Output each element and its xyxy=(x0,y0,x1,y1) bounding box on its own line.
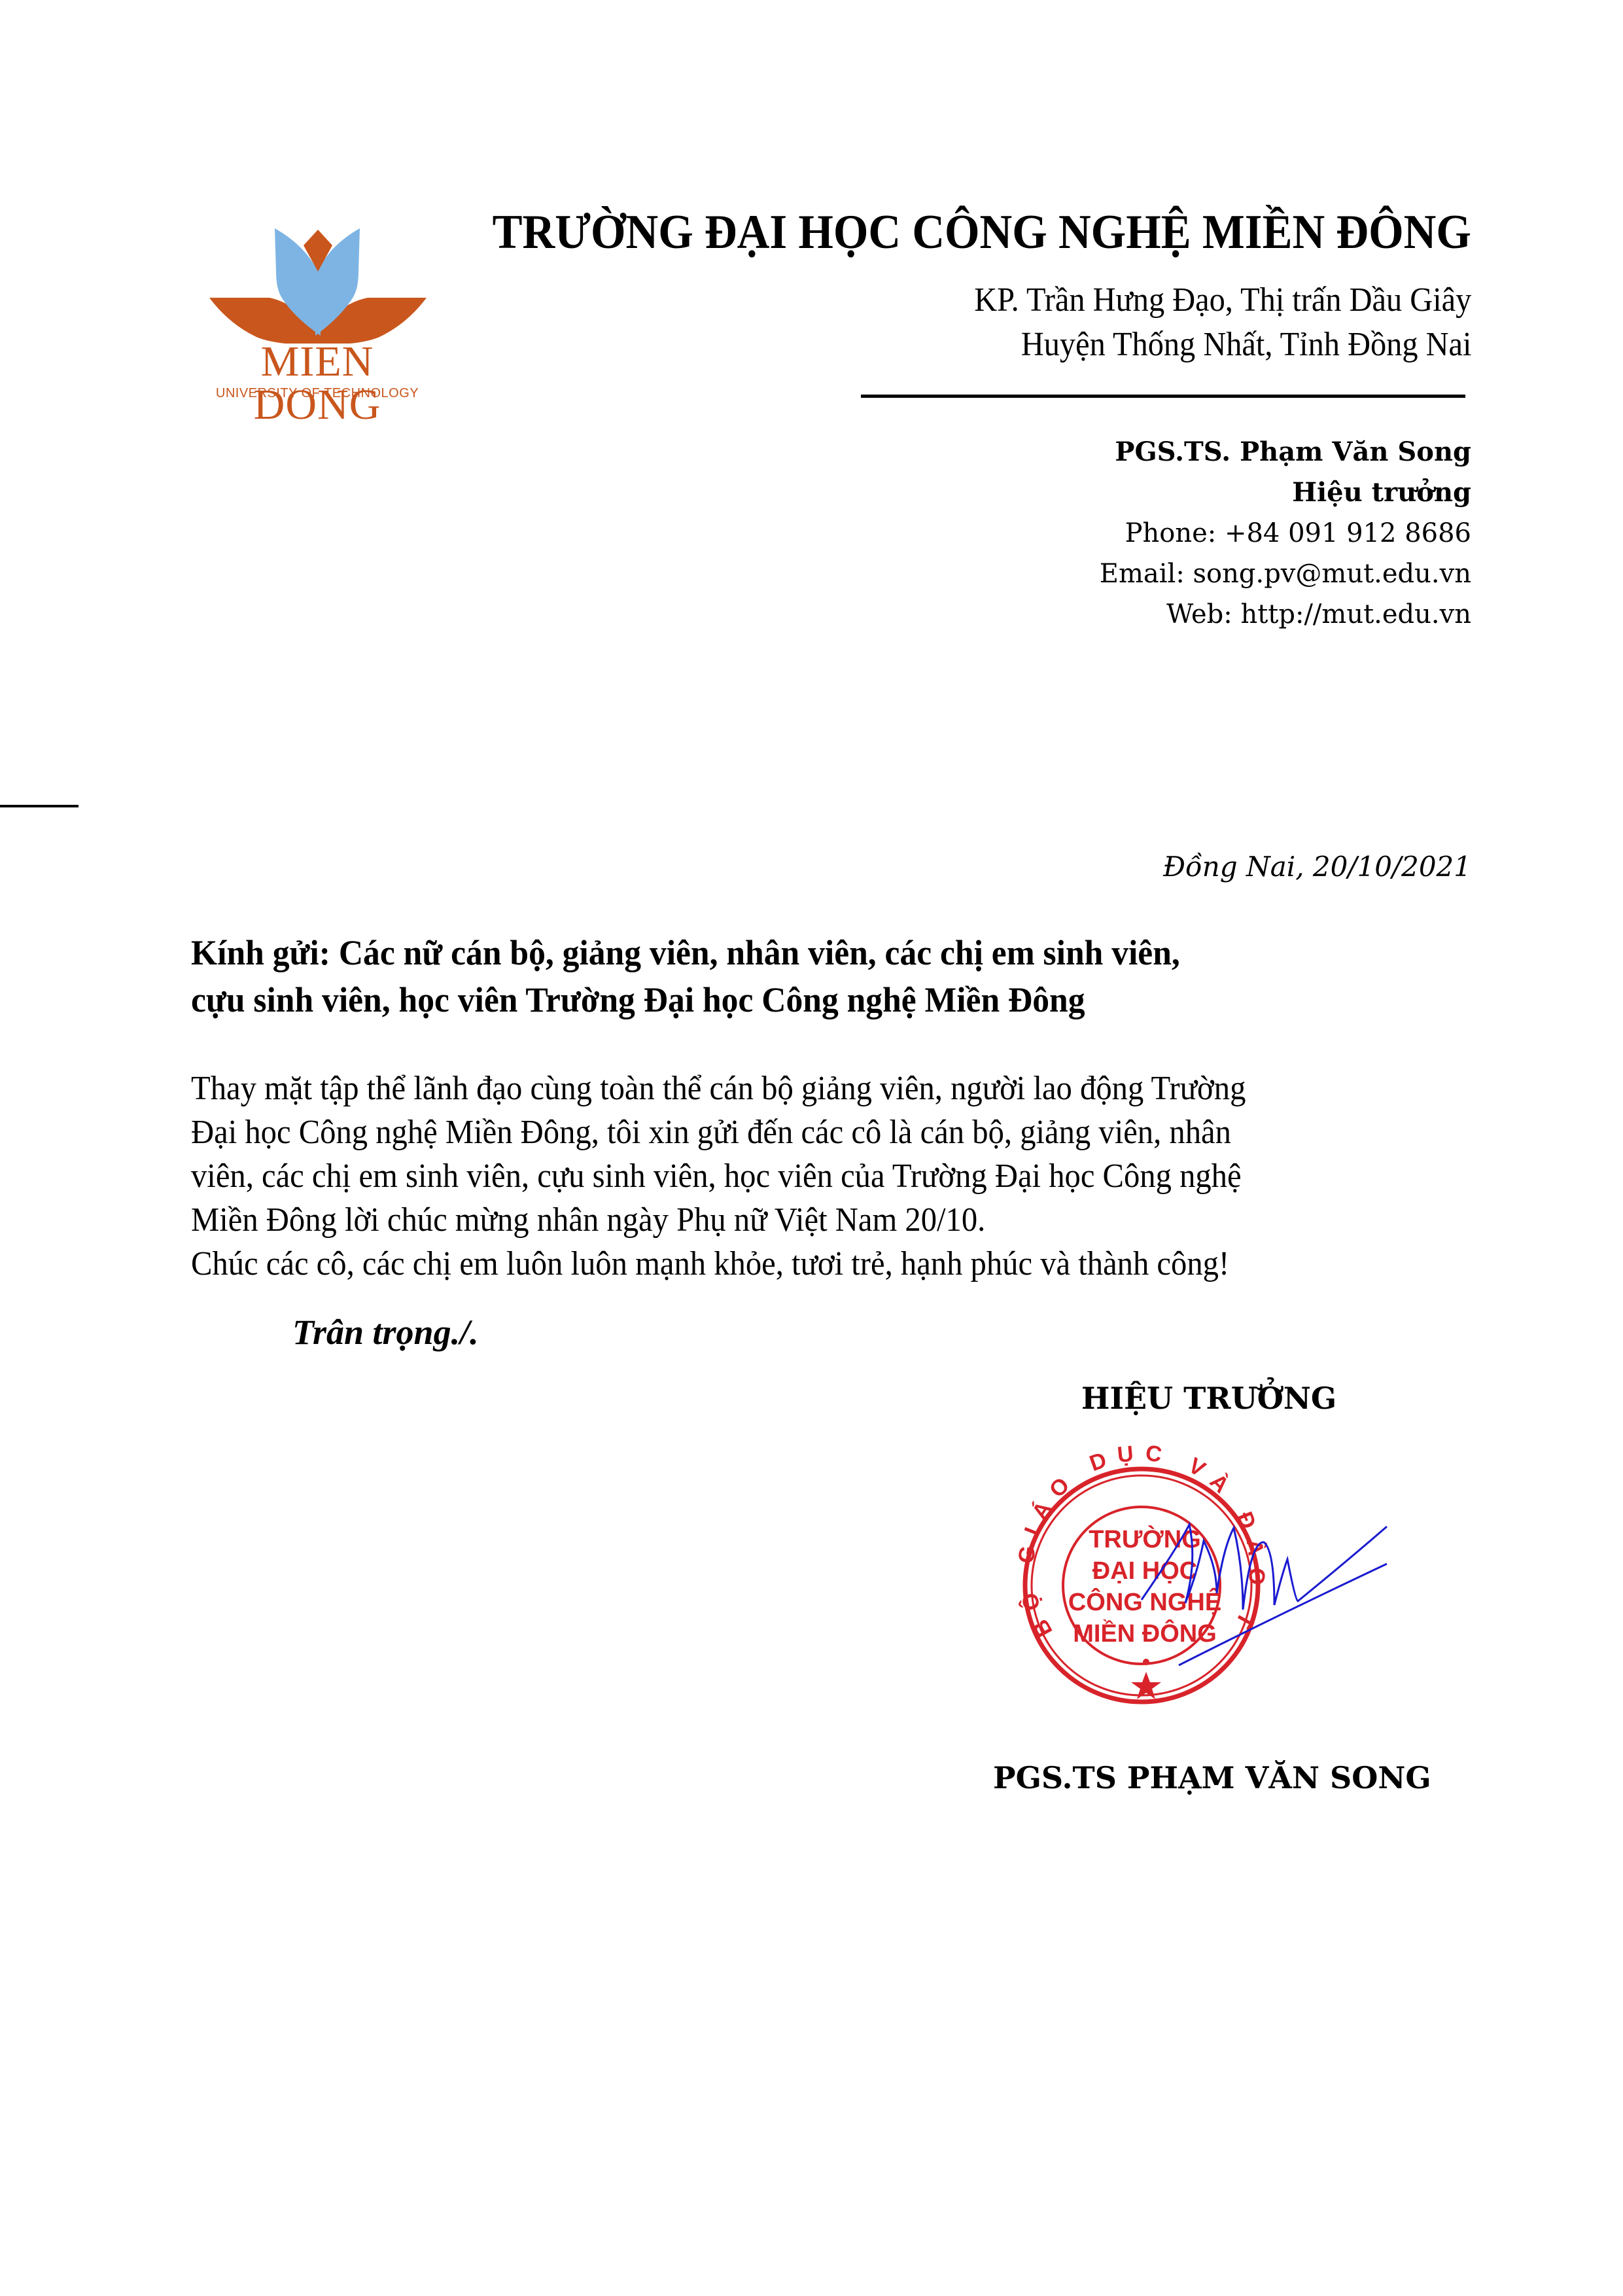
header-divider xyxy=(861,395,1465,398)
contact-name: PGS.TS. Phạm Văn Song xyxy=(1100,432,1471,472)
closing-salutation: Trân trọng./. xyxy=(292,1312,479,1352)
body-line: Thay mặt tập thể lãnh đạo cùng toàn thể … xyxy=(191,1067,1390,1110)
svg-text:TRƯỜNG: TRƯỜNG xyxy=(1089,1525,1201,1553)
body-line: viên, các chị em sinh viên, cựu sinh viê… xyxy=(191,1154,1390,1198)
logo-subtitle: UNIVERSITY OF TECHNOLOGY xyxy=(200,387,435,400)
body-line: Miền Đông lời chúc mừng nhân ngày Phụ nữ… xyxy=(191,1198,1390,1242)
svg-text:CÔNG NGHỆ: CÔNG NGHỆ xyxy=(1068,1587,1221,1616)
contact-web: Web: http://mut.edu.vn xyxy=(1100,594,1471,635)
body-line: Đại học Công nghệ Miền Đông, tôi xin gửi… xyxy=(191,1110,1390,1154)
recipient-line: Kính gửi: Các nữ cán bộ, giảng viên, nhâ… xyxy=(191,929,1416,976)
svg-text:ĐẠI HỌC: ĐẠI HỌC xyxy=(1092,1557,1197,1585)
school-name: TRƯỜNG ĐẠI HỌC CÔNG NGHỆ MIỀN ĐÔNG xyxy=(493,206,1471,259)
seal-and-signature: BỘ GIÁO DỤC VÀ ĐÀO TẠO TRƯỜNG ĐẠI HỌC CÔ… xyxy=(1007,1443,1478,1718)
contact-email: Email: song.pv@mut.edu.vn xyxy=(1100,554,1471,594)
contact-phone: Phone: +84 091 912 8686 xyxy=(1100,513,1471,554)
recipient-line: cựu sinh viên, học viên Trường Đại học C… xyxy=(191,976,1416,1023)
signer-name: PGS.TS PHẠM VĂN SONG xyxy=(993,1760,1431,1795)
signature-title: HIỆU TRƯỞNG xyxy=(1081,1381,1336,1416)
svg-text:MIỀN ĐÔNG: MIỀN ĐÔNG xyxy=(1073,1618,1217,1648)
fold-mark xyxy=(0,805,79,807)
contact-block: PGS.TS. Phạm Văn Song Hiệu trưởng Phone:… xyxy=(1100,432,1471,635)
letter-body: Thay mặt tập thể lãnh đạo cùng toàn thể … xyxy=(191,1067,1473,1286)
address-line-1: KP. Trần Hưng Đạo, Thị trấn Dầu Giây xyxy=(974,281,1471,319)
body-line: Chúc các cô, các chị em luôn luôn mạnh k… xyxy=(191,1242,1390,1286)
recipient-block: Kính gửi: Các nữ cán bộ, giảng viên, nhâ… xyxy=(191,929,1473,1023)
lotus-logo-icon xyxy=(196,206,438,344)
logo-wordmark: MIEN DONG xyxy=(200,340,435,427)
university-logo: MIEN DONG UNIVERSITY OF TECHNOLOGY xyxy=(196,206,438,402)
official-seal-icon: BỘ GIÁO DỤC VÀ ĐÀO TẠO TRƯỜNG ĐẠI HỌC CÔ… xyxy=(1007,1443,1478,1718)
address-line-2: Huyện Thống Nhất, Tỉnh Đồng Nai xyxy=(1021,326,1471,363)
letter-date: Đồng Nai, 20/10/2021 xyxy=(1163,851,1471,883)
contact-position: Hiệu trưởng xyxy=(1100,472,1471,513)
